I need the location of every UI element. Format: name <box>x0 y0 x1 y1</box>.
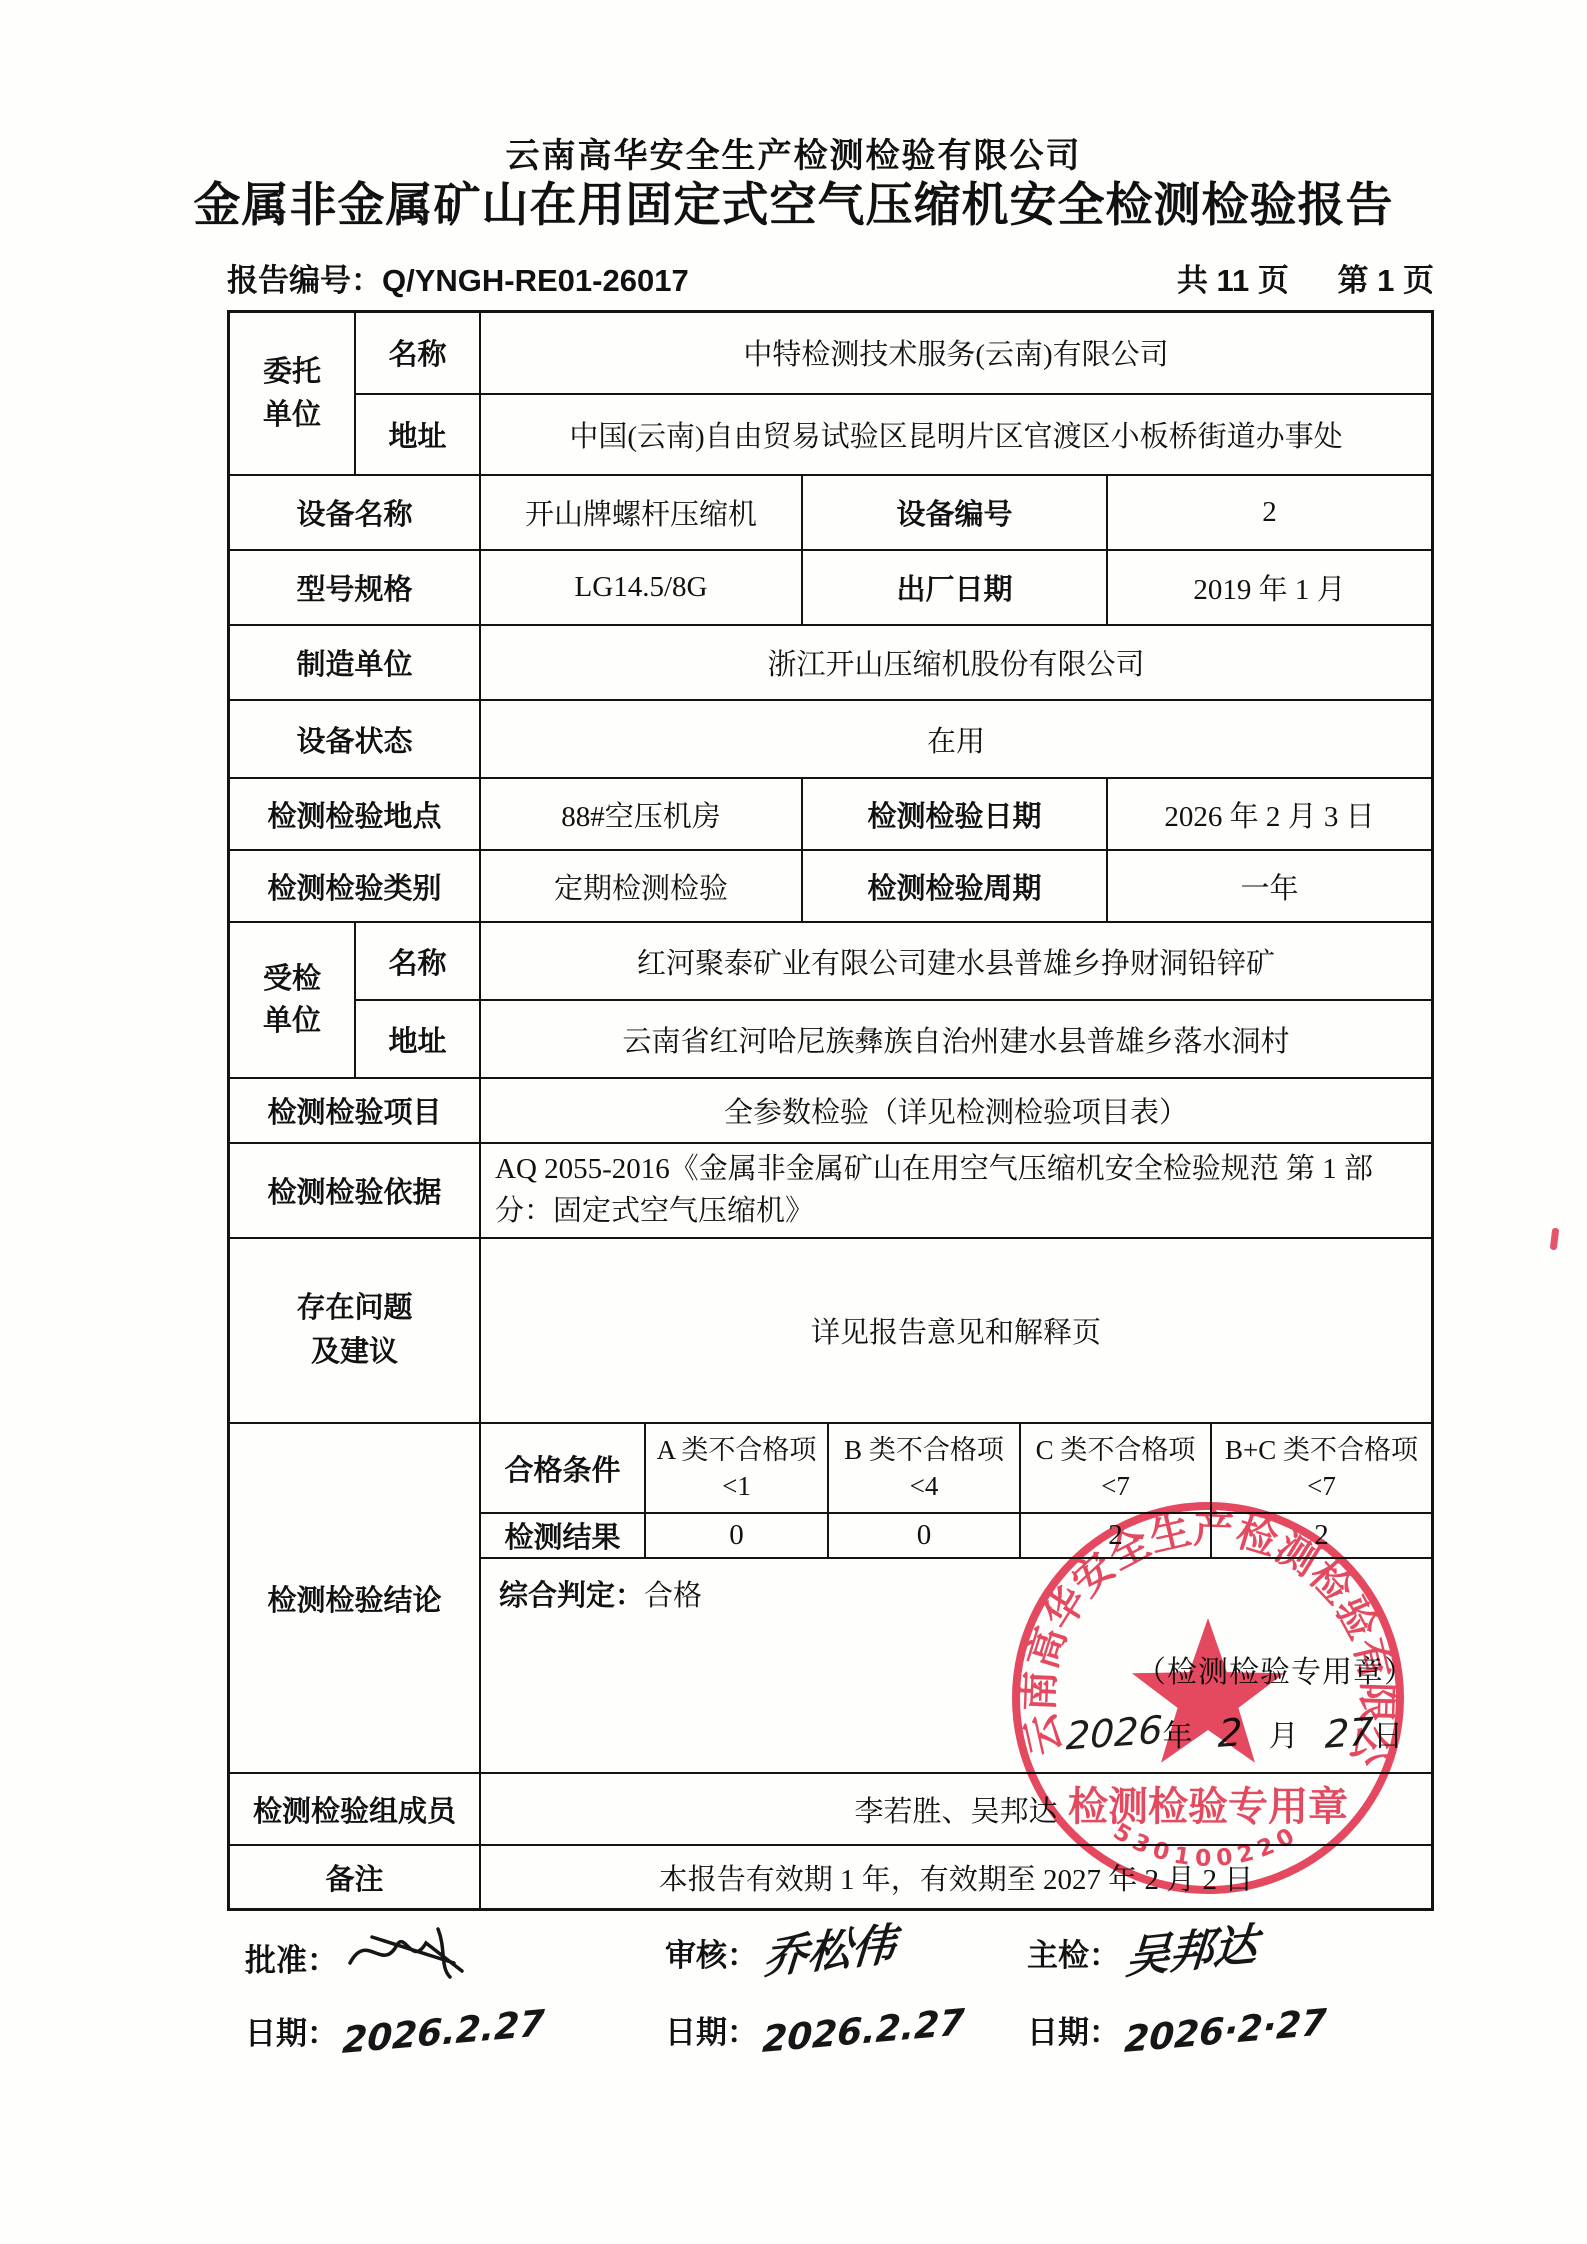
red-ink-mark <box>1550 1228 1560 1251</box>
approve-date-line: 日期：2026.2.27 <box>245 2008 545 2053</box>
location-label: 检测检验地点 <box>230 779 481 849</box>
chief-date: 2026·2·27 <box>1123 2002 1327 2061</box>
location-row: 检测检验地点 88#空压机房 检测检验日期 2026 年 2 月 3 日 <box>230 779 1431 851</box>
review-column: 审核：乔松伟 日期：2026.2.27 <box>665 1915 965 2052</box>
factory-date-value: 2019 年 1 月 <box>1108 551 1431 624</box>
page-indicator: 共 11 页 第 1 页 <box>1137 255 1434 300</box>
report-page: 云南高华安全生产检测检验有限公司 金属非金属矿山在用固定式空气压缩机安全检测检验… <box>0 0 1587 2244</box>
report-number: 报告编号：Q/YNGH-RE01-26017 <box>227 255 689 300</box>
inspected-group-label: 受检单位 <box>230 923 356 1077</box>
remark-value: 本报告有效期 1 年，有效期至 2027 年 2 月 2 日 <box>481 1846 1431 1908</box>
inspected-addr-value: 云南省红河哈尼族彝族自治州建水县普雄乡落水洞村 <box>481 1001 1431 1077</box>
cycle-label: 检测检验周期 <box>803 851 1108 921</box>
team-label: 检测检验组成员 <box>230 1774 481 1844</box>
review-line: 审核：乔松伟 <box>665 1915 965 1979</box>
manufacturer-row: 制造单位 浙江开山压缩机股份有限公司 <box>230 626 1431 701</box>
device-name-label: 设备名称 <box>230 476 481 549</box>
team-value: 李若胜、吴邦达 <box>481 1774 1431 1844</box>
criteria-b-header: B 类不合格项<4 <box>829 1424 1021 1512</box>
basis-label: 检测检验依据 <box>230 1144 481 1237</box>
remark-label: 备注 <box>230 1846 481 1908</box>
stamp-date: 2026年2月27日 <box>1066 1711 1403 1755</box>
verdict-label: 综合判定： <box>499 1580 644 1612</box>
client-name-label: 名称 <box>356 313 481 393</box>
manufacturer-label: 制造单位 <box>230 626 481 699</box>
report-meta-line: 报告编号：Q/YNGH-RE01-26017 共 11 页 第 1 页 <box>227 255 1434 300</box>
device-row: 设备名称 开山牌螺杆压缩机 设备编号 2 <box>230 476 1431 551</box>
inspected-name-label: 名称 <box>356 923 481 999</box>
approve-column: 批准： 日期：2026.2.27 <box>245 1915 545 2053</box>
page-current: 第 1 页 <box>1338 263 1434 298</box>
inspect-date-value: 2026 年 2 月 3 日 <box>1108 779 1431 849</box>
problems-row: 存在问题及建议 详见报告意见和解释页 <box>230 1239 1431 1424</box>
reviewer-signature: 乔松伟 <box>762 1908 898 1987</box>
verdict-cell: 综合判定：合格 （检测检验专用章） 2026年2月27日 <box>481 1559 1431 1772</box>
status-value: 在用 <box>481 701 1431 777</box>
location-value: 88#空压机房 <box>481 779 803 849</box>
client-group-label: 委托单位 <box>230 313 356 474</box>
basis-value: AQ 2055-2016《金属非金属矿山在用空气压缩机安全检验规范 第 1 部分… <box>481 1144 1431 1237</box>
review-date-line: 日期：2026.2.27 <box>665 2007 965 2052</box>
model-value: LG14.5/8G <box>481 551 803 624</box>
cycle-value: 一年 <box>1108 851 1431 921</box>
inspected-addr-label: 地址 <box>356 1001 481 1077</box>
remark-row: 备注 本报告有效期 1 年，有效期至 2027 年 2 月 2 日 <box>230 1846 1431 1908</box>
chief-signature: 吴邦达 <box>1124 1908 1260 1987</box>
items-row: 检测检验项目 全参数检验（详见检测检验项目表） <box>230 1079 1431 1144</box>
device-no-value: 2 <box>1108 476 1431 549</box>
status-label: 设备状态 <box>230 701 481 777</box>
client-name-value: 中特检测技术服务(云南)有限公司 <box>481 313 1431 393</box>
approval-signature <box>342 1923 492 1979</box>
items-label: 检测检验项目 <box>230 1079 481 1142</box>
client-rows: 委托单位 名称 中特检测技术服务(云南)有限公司 地址 中国(云南)自由贸易试验… <box>230 313 1431 476</box>
inspected-rows: 受检单位 名称 红河聚泰矿业有限公司建水县普雄乡挣财洞铅锌矿 地址 云南省红河哈… <box>230 923 1431 1079</box>
team-row: 检测检验组成员 李若胜、吴邦达 <box>230 1774 1431 1846</box>
conclusion-label: 检测检验结论 <box>230 1424 481 1772</box>
stamp-date-month: 2 <box>1218 1710 1244 1756</box>
criteria-c-header: C 类不合格项<7 <box>1021 1424 1212 1512</box>
stamp-date-day: 27 <box>1324 1709 1374 1757</box>
model-label: 型号规格 <box>230 551 481 624</box>
device-no-label: 设备编号 <box>803 476 1108 549</box>
conclusion-rows: 检测检验结论 合格条件 A 类不合格项<1 B 类不合格项<4 C 类不合格项<… <box>230 1424 1431 1774</box>
chief-date-line: 日期：2026·2·27 <box>1027 2007 1327 2052</box>
result-b: 0 <box>829 1514 1021 1557</box>
inspect-date-label: 检测检验日期 <box>803 779 1108 849</box>
inspected-name-value: 红河聚泰矿业有限公司建水县普雄乡挣财洞铅锌矿 <box>481 923 1431 999</box>
category-label: 检测检验类别 <box>230 851 481 921</box>
verdict-value: 合格 <box>644 1580 702 1612</box>
report-title: 金属非金属矿山在用固定式空气压缩机安全检测检验报告 <box>0 168 1587 235</box>
chief-column: 主检：吴邦达 日期：2026·2·27 <box>1027 1915 1327 2052</box>
stamp-note: （检测检验专用章） <box>1136 1647 1415 1691</box>
chief-line: 主检：吴邦达 <box>1027 1915 1327 1979</box>
result-label: 检测结果 <box>481 1514 646 1557</box>
condition-label: 合格条件 <box>481 1424 646 1512</box>
report-table: 委托单位 名称 中特检测技术服务(云南)有限公司 地址 中国(云南)自由贸易试验… <box>227 310 1434 1911</box>
device-name-value: 开山牌螺杆压缩机 <box>481 476 803 549</box>
stamp-date-year: 2026 <box>1065 1708 1163 1759</box>
factory-date-label: 出厂日期 <box>803 551 1108 624</box>
status-row: 设备状态 在用 <box>230 701 1431 779</box>
result-c: 2 <box>1021 1514 1212 1557</box>
client-addr-value: 中国(云南)自由贸易试验区昆明片区官渡区小板桥街道办事处 <box>481 395 1431 475</box>
manufacturer-value: 浙江开山压缩机股份有限公司 <box>481 626 1431 699</box>
problems-value: 详见报告意见和解释页 <box>481 1239 1431 1422</box>
client-addr-label: 地址 <box>356 395 481 475</box>
approve-date: 2026.2.27 <box>341 2003 545 2062</box>
basis-row: 检测检验依据 AQ 2055-2016《金属非金属矿山在用空气压缩机安全检验规范… <box>230 1144 1431 1239</box>
result-a: 0 <box>646 1514 829 1557</box>
criteria-a-header: A 类不合格项<1 <box>646 1424 829 1512</box>
criteria-bc-header: B+C 类不合格项<7 <box>1212 1424 1431 1512</box>
approve-line: 批准： <box>245 1915 545 1980</box>
items-value: 全参数检验（详见检测检验项目表） <box>481 1079 1431 1142</box>
pages-total: 共 11 页 <box>1177 263 1289 298</box>
category-value: 定期检测检验 <box>481 851 803 921</box>
problems-label: 存在问题及建议 <box>230 1239 481 1422</box>
model-row: 型号规格 LG14.5/8G 出厂日期 2019 年 1 月 <box>230 551 1431 626</box>
result-bc: 2 <box>1212 1514 1431 1557</box>
category-row: 检测检验类别 定期检测检验 检测检验周期 一年 <box>230 851 1431 923</box>
review-date: 2026.2.27 <box>761 2002 965 2061</box>
